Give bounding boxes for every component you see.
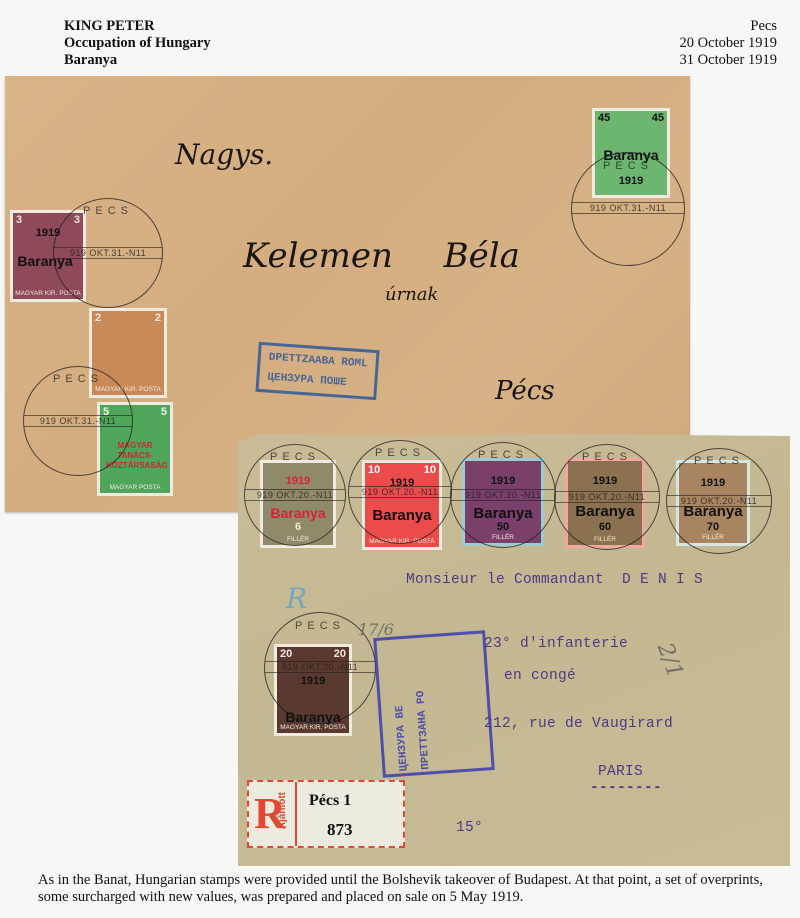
registration-label: R Ajánlott Pécs 1 873: [247, 780, 405, 848]
series-subtitle: Occupation of Hungary: [64, 35, 211, 52]
page-caption: As in the Banat, Hungarian stamps were p…: [38, 872, 778, 906]
town-label: Pecs: [680, 18, 777, 35]
album-page-header-right: Pecs 20 October 1919 31 October 1919: [680, 18, 777, 69]
region-title: Baranya: [64, 52, 211, 69]
postmark-pecs-b: PECS919 OKT.20.-N11: [348, 440, 452, 544]
address-city: PARIS: [598, 764, 643, 780]
album-page-header-left: KING PETER Occupation of Hungary Baranya: [64, 18, 211, 69]
address-underline: --------: [590, 780, 662, 796]
censor-stamp-2: ЦЕНЗУРА ВЕ ПРЕТТЗАНА РО: [373, 630, 494, 777]
postmark-pecs-e: PECS919 OKT.20.-N11: [666, 448, 772, 554]
blue-pencil-r: R: [286, 582, 307, 615]
address-line-1: Monsieur le Commandant D E N I S: [406, 572, 703, 588]
addressee-honorific: Nagys.: [175, 138, 273, 171]
postmark-pecs-3: PECS 919 OKT.31.-N11: [571, 152, 685, 266]
postmark-pecs-c: PECS919 OKT.20.-N11: [450, 442, 556, 548]
address-line-4: 212, rue de Vaugirard: [484, 716, 673, 732]
addressee-suffix: úrnak: [385, 284, 438, 305]
postmark-pecs-d: PECS919 OKT.20.-N11: [554, 444, 660, 550]
addressee-name: Kelemen Béla: [243, 236, 520, 276]
city-handwritten: Pécs: [495, 376, 555, 406]
registration-office: Pécs 1: [309, 792, 351, 810]
pencil-mark-2-1: 2/1: [652, 640, 688, 682]
date-1: 20 October 1919: [680, 35, 777, 52]
note-15: 15°: [456, 820, 483, 836]
postmark-pecs-1: PECS 919 OKT.31.-N11: [53, 198, 163, 308]
censor-stamp-1: DPETTZAABA ROML ЦЕНЗУРА ПОШЕ: [255, 342, 379, 400]
registration-number: 873: [327, 820, 353, 840]
address-line-3: en congé: [504, 668, 576, 684]
date-2: 31 October 1919: [680, 52, 777, 69]
postmark-pecs-a: PECS919 OKT.20.-N11: [244, 444, 346, 546]
registration-ajanlott: Ajánlott: [277, 792, 288, 829]
address-line-2: 23° d'infanterie: [484, 636, 628, 652]
postmark-pecs-2: PECS 919 OKT.31.-N11: [23, 366, 133, 476]
series-title: KING PETER: [64, 18, 211, 35]
